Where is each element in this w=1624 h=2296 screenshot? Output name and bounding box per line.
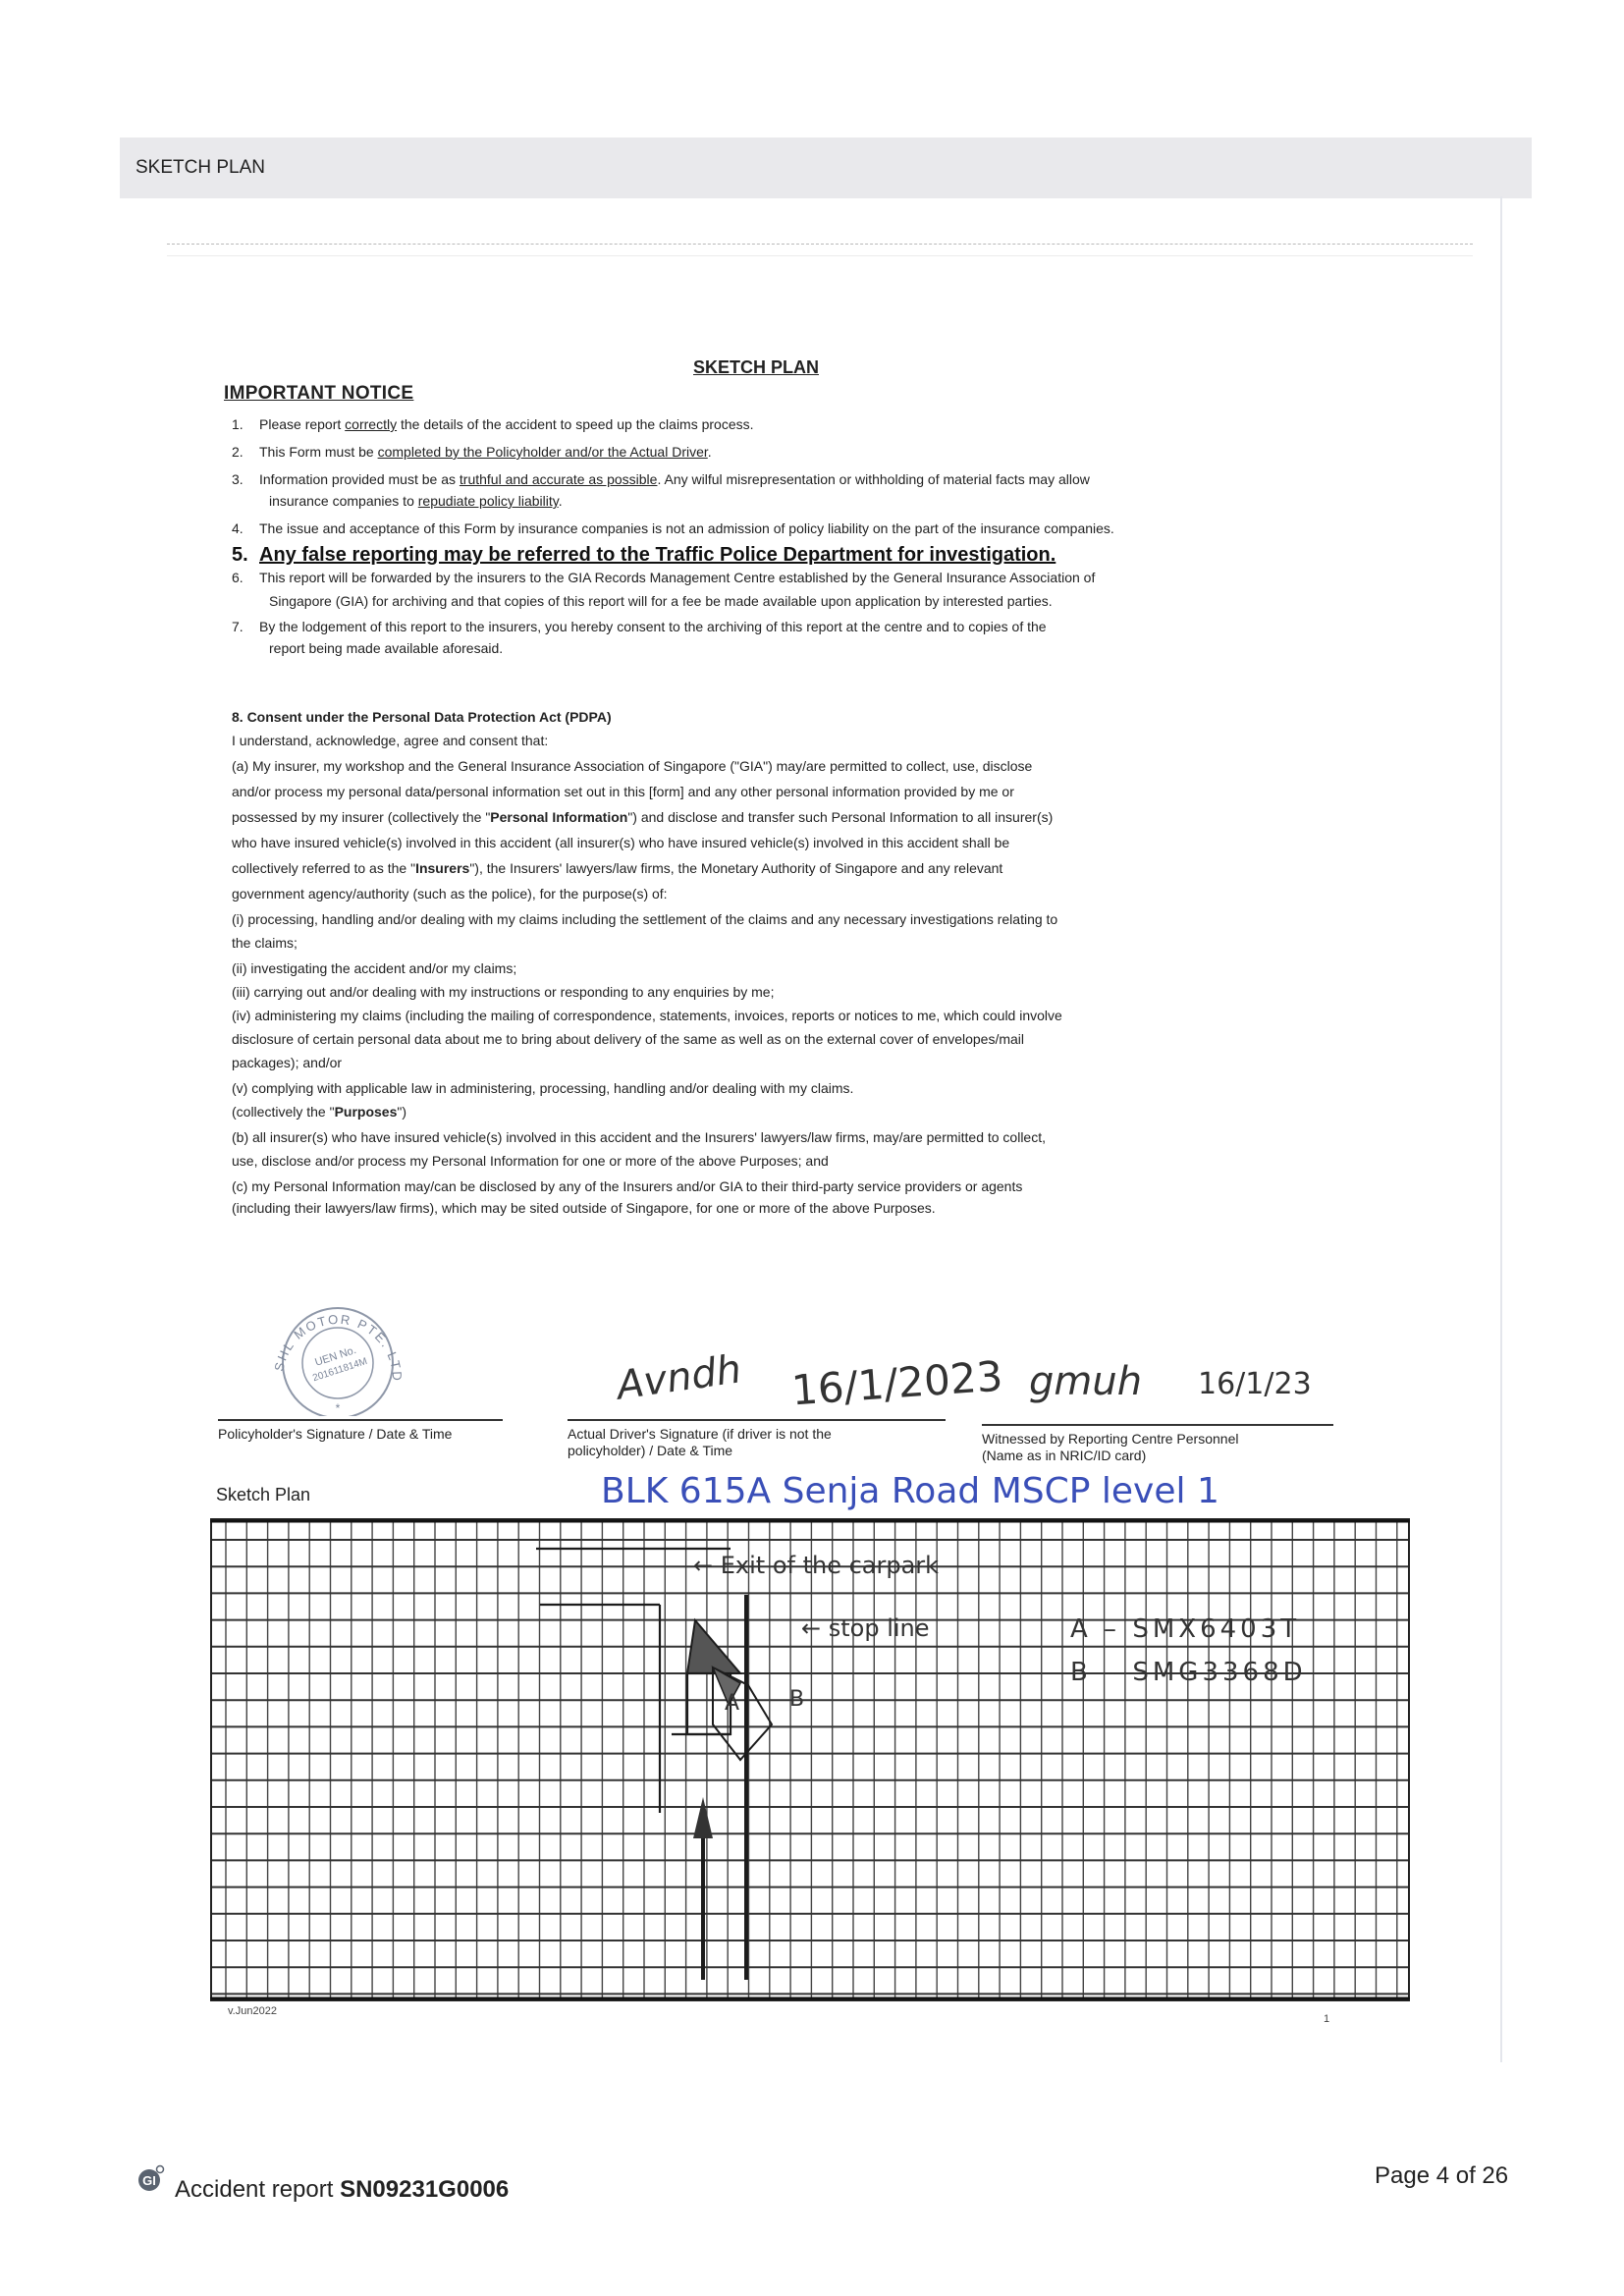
vehicle-b-label: B [789, 1687, 804, 1712]
notice-text: truthful and accurate as possible [460, 471, 658, 487]
pdpa-line: (including their lawyers/law firms), whi… [232, 1200, 936, 1216]
exit-note: ← Exit of the carpark [693, 1552, 939, 1579]
driver-signature-line [568, 1419, 946, 1421]
pdpa-text: (i) processing, handling and/or dealing … [232, 911, 1057, 927]
notice-text: The issue and acceptance of this Form by… [259, 520, 1114, 536]
notice-number: 7. [232, 619, 259, 634]
witness-signature-label: Witnessed by Reporting Centre Personnel … [982, 1431, 1238, 1464]
form-title: SKETCH PLAN [693, 357, 819, 378]
pdpa-text: (collectively the " [232, 1104, 335, 1120]
pdpa-line: (a) My insurer, my workshop and the Gene… [232, 758, 1032, 774]
notice-text: insurance companies to [269, 493, 418, 509]
notice-item: 2.This Form must be completed by the Pol… [232, 444, 712, 460]
pdpa-text: collectively referred to as the " [232, 860, 415, 876]
pdpa-text: "), the Insurers' lawyers/law firms, the… [469, 860, 1002, 876]
notice-text: the details of the accident to speed up … [397, 416, 753, 432]
policyholder-signature-label: Policyholder's Signature / Date & Time [218, 1426, 452, 1443]
witness-signature: gmuh [1029, 1359, 1142, 1404]
notice-item: report being made available aforesaid. [269, 640, 503, 656]
notice-text: Any false reporting may be referred to t… [259, 544, 1056, 566]
pdpa-line: disclosure of certain personal data abou… [232, 1031, 1024, 1047]
pdpa-line: the claims; [232, 935, 298, 951]
notice-text: repudiate policy liability [418, 493, 559, 509]
report-id: SN09231G0006 [340, 2176, 509, 2203]
svg-text:GI: GI [142, 2173, 156, 2188]
witness-signature-line [982, 1424, 1333, 1426]
notice-item: 3.Information provided must be as truthf… [232, 471, 1090, 487]
notice-item: 5.Any false reporting may be referred to… [232, 544, 1056, 567]
accident-location: BLK 615A Senja Road MSCP level 1 [601, 1471, 1219, 1511]
pdpa-line: possessed by my insurer (collectively th… [232, 809, 1053, 825]
footer-page-number: Page 4 of 26 [1375, 2162, 1508, 2190]
company-stamp: SHL MOTOR PTE. LTD. UEN No. 201611814M * [245, 1298, 430, 1416]
notice-number: 3. [232, 471, 259, 487]
notice-number: 6. [232, 570, 259, 585]
notice-text: report being made available aforesaid. [269, 640, 503, 656]
scanned-form: SKETCH PLAN IMPORTANT NOTICE 1.Please re… [0, 0, 1624, 2062]
vehicle-a-plate: A – SMX6403T [1070, 1614, 1300, 1644]
pdpa-text: ") and disclose and transfer such Person… [627, 809, 1053, 825]
vehicle-b-plate: B – SMG3368D [1070, 1658, 1307, 1687]
pdpa-line: (i) processing, handling and/or dealing … [232, 911, 1057, 927]
pdpa-line: collectively referred to as the "Insurer… [232, 860, 1002, 876]
pdpa-text: ") [397, 1104, 406, 1120]
pdpa-line: packages); and/or [232, 1055, 342, 1070]
stop-line-note: ← stop line [801, 1614, 930, 1642]
driver-signature-date: 16/1/2023 [790, 1352, 1004, 1415]
pdpa-text: disclosure of certain personal data abou… [232, 1031, 1024, 1047]
pdpa-text: Purposes [335, 1104, 398, 1120]
notice-number: 4. [232, 520, 259, 536]
pdpa-text: the claims; [232, 935, 298, 951]
pdpa-line: (b) all insurer(s) who have insured vehi… [232, 1129, 1046, 1145]
notice-text: This report will be forwarded by the ins… [259, 570, 1095, 585]
pdpa-line: and/or process my personal data/personal… [232, 784, 1014, 799]
pdpa-text: possessed by my insurer (collectively th… [232, 809, 490, 825]
pdpa-text: (ii) investigating the accident and/or m… [232, 960, 516, 976]
notice-text: Information provided must be as [259, 471, 460, 487]
pdpa-text: use, disclose and/or process my Personal… [232, 1153, 829, 1169]
pdpa-line: (ii) investigating the accident and/or m… [232, 960, 516, 976]
notice-text: Please report [259, 416, 345, 432]
notice-item: 4.The issue and acceptance of this Form … [232, 520, 1114, 536]
pdpa-text: 8. Consent under the Personal Data Prote… [232, 709, 612, 725]
pdpa-text: and/or process my personal data/personal… [232, 784, 1014, 799]
notice-item: 1.Please report correctly the details of… [232, 416, 754, 432]
witness-signature-date: 16/1/23 [1198, 1367, 1312, 1401]
notice-item: insurance companies to repudiate policy … [269, 493, 563, 509]
form-page-number: 1 [1324, 2013, 1329, 2025]
pdpa-line: (iv) administering my claims (including … [232, 1008, 1062, 1023]
pdpa-text: (c) my Personal Information may/can be d… [232, 1178, 1022, 1194]
notice-text: This Form must be [259, 444, 378, 460]
form-version: v.Jun2022 [228, 2005, 277, 2017]
pdpa-text: (iii) carrying out and/or dealing with m… [232, 984, 775, 1000]
pdpa-line: (iii) carrying out and/or dealing with m… [232, 984, 775, 1000]
pdpa-text: (including their lawyers/law firms), whi… [232, 1200, 936, 1216]
pdpa-text: I understand, acknowledge, agree and con… [232, 733, 548, 748]
notice-number: 5. [232, 544, 259, 567]
pdpa-line: use, disclose and/or process my Personal… [232, 1153, 829, 1169]
pdpa-text: packages); and/or [232, 1055, 342, 1070]
driver-signature-label: Actual Driver's Signature (if driver is … [568, 1426, 832, 1459]
notice-item: Singapore (GIA) for archiving and that c… [269, 593, 1053, 609]
pdpa-line: (c) my Personal Information may/can be d… [232, 1178, 1022, 1194]
notice-item: 7.By the lodgement of this report to the… [232, 619, 1047, 634]
pdpa-text: who have insured vehicle(s) involved in … [232, 835, 1009, 850]
pdpa-line: who have insured vehicle(s) involved in … [232, 835, 1009, 850]
sketch-plan-label: Sketch Plan [216, 1485, 310, 1505]
notice-text: . [708, 444, 712, 460]
notice-number: 2. [232, 444, 259, 460]
pdpa-line: 8. Consent under the Personal Data Prote… [232, 709, 612, 725]
pdpa-line: I understand, acknowledge, agree and con… [232, 733, 548, 748]
notice-text: . Any wilful misrepresentation or withho… [657, 471, 1089, 487]
pdpa-text: (v) complying with applicable law in adm… [232, 1080, 853, 1096]
pdpa-text: (b) all insurer(s) who have insured vehi… [232, 1129, 1046, 1145]
footer-report-reference: Accident report SN09231G0006 [175, 2176, 509, 2204]
pdpa-text: Personal Information [490, 809, 627, 825]
pdpa-line: (collectively the "Purposes") [232, 1104, 406, 1120]
notice-text: Singapore (GIA) for archiving and that c… [269, 593, 1053, 609]
gi-logo-icon: GI [137, 2164, 165, 2192]
important-notice-heading: IMPORTANT NOTICE [224, 383, 413, 405]
notice-text: . [559, 493, 563, 509]
notice-text: correctly [345, 416, 397, 432]
pdpa-text: government agency/authority (such as the… [232, 886, 668, 902]
sketch-grid: ← Exit of the carpark ← stop line A – SM… [210, 1518, 1410, 2001]
driver-signature: Avndh [614, 1346, 743, 1408]
pdpa-line: (v) complying with applicable law in adm… [232, 1080, 853, 1096]
pdpa-text: (a) My insurer, my workshop and the Gene… [232, 758, 1032, 774]
policyholder-signature-line [218, 1419, 503, 1421]
notice-number: 1. [232, 416, 259, 432]
vehicle-a-label: A [725, 1691, 739, 1716]
notice-text: completed by the Policyholder and/or the… [378, 444, 708, 460]
svg-text:*: * [336, 1401, 341, 1415]
pdpa-text: Insurers [415, 860, 469, 876]
notice-text: By the lodgement of this report to the i… [259, 619, 1047, 634]
pdpa-text: (iv) administering my claims (including … [232, 1008, 1062, 1023]
pdpa-line: government agency/authority (such as the… [232, 886, 668, 902]
notice-item: 6.This report will be forwarded by the i… [232, 570, 1095, 585]
